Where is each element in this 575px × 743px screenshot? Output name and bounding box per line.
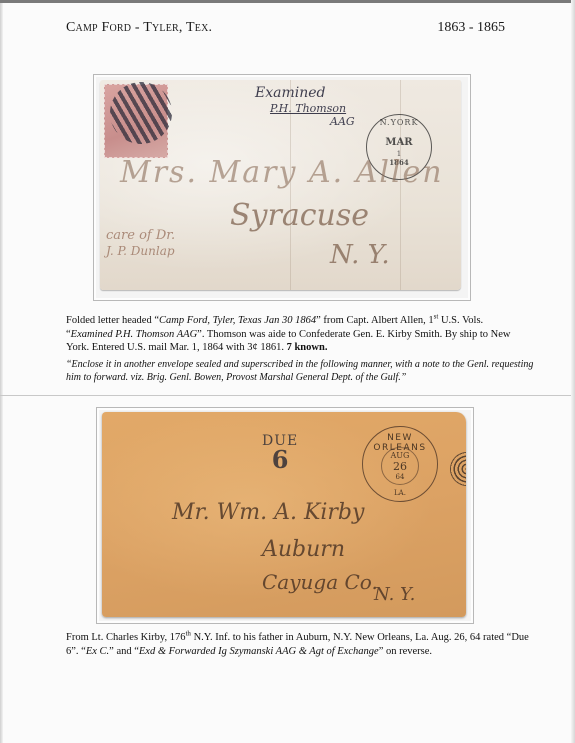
- description-quote: Exd & Forwarded Ig Szymanski AAG & Agt o…: [139, 646, 379, 657]
- page-date-range: 1863 - 1865: [437, 20, 505, 36]
- exhibit-page: Camp Ford - Tyler, Tex. 1863 - 1865 Exam…: [0, 0, 575, 743]
- target-cancel-icon: [450, 452, 466, 486]
- address-line: N. Y.: [374, 584, 415, 605]
- postmark-month: AUG: [363, 451, 437, 460]
- description-quote: Ex C.: [86, 646, 109, 657]
- section-divider: [0, 395, 575, 396]
- description-text: ” on reverse.: [379, 646, 432, 657]
- cover-1-description: Folded letter headed “Camp Ford, Tyler, …: [66, 314, 526, 355]
- due-amount: 6: [262, 448, 298, 472]
- envelope-cover: DUE 6 NEW ORLEANS AUG 26 64 LA. Mr. Wm. …: [102, 412, 466, 617]
- cover-1-letter-quote: “Enclose it in another envelope sealed a…: [66, 358, 536, 384]
- address-line: Mrs. Mary A. Allen: [120, 155, 444, 190]
- grid-cancel-icon: [110, 82, 172, 144]
- postmark-town: N.YORK: [367, 118, 431, 127]
- description-text: From Lt. Charles Kirby, 176: [66, 632, 185, 643]
- postmark-year: 64: [363, 473, 437, 481]
- folded-letter-cover: Examined P.H. Thomson AAG N.YORK MAR 1 1…: [100, 80, 461, 290]
- address-line: Syracuse: [230, 198, 369, 233]
- address-line: N. Y.: [330, 240, 390, 270]
- description-quote: Camp Ford, Tyler, Texas Jan 30 1864: [159, 315, 316, 326]
- docket-signature: P.H. Thomson: [270, 102, 346, 115]
- postmark-day: 26: [363, 460, 437, 473]
- due-6-handstamp: DUE 6: [262, 434, 298, 472]
- postmark-month: MAR: [367, 137, 431, 148]
- description-text: ” from Capt. Albert Allen, 1: [316, 315, 434, 326]
- care-of-line: care of Dr.: [106, 228, 175, 243]
- postmark-state: LA.: [363, 489, 437, 497]
- address-line: Auburn: [262, 537, 345, 562]
- description-text: ” and “: [109, 646, 139, 657]
- cover-2-description: From Lt. Charles Kirby, 176th N.Y. Inf. …: [66, 631, 536, 658]
- docket-examined: Examined: [255, 85, 325, 101]
- description-quote: Examined P.H. Thomson AAG: [71, 329, 197, 340]
- known-count: 7 known.: [287, 342, 328, 353]
- docket-title: AAG: [330, 115, 355, 128]
- description-text: Folded letter headed “: [66, 315, 159, 326]
- page-title: Camp Ford - Tyler, Tex.: [66, 20, 212, 36]
- address-line: Mr. Wm. A. Kirby: [172, 500, 364, 525]
- new-orleans-postmark: NEW ORLEANS AUG 26 64 LA.: [362, 426, 438, 502]
- address-line: Cayuga Co.: [262, 570, 378, 594]
- care-of-line: J. P. Dunlap: [106, 244, 175, 258]
- scan-edge: [0, 0, 575, 3]
